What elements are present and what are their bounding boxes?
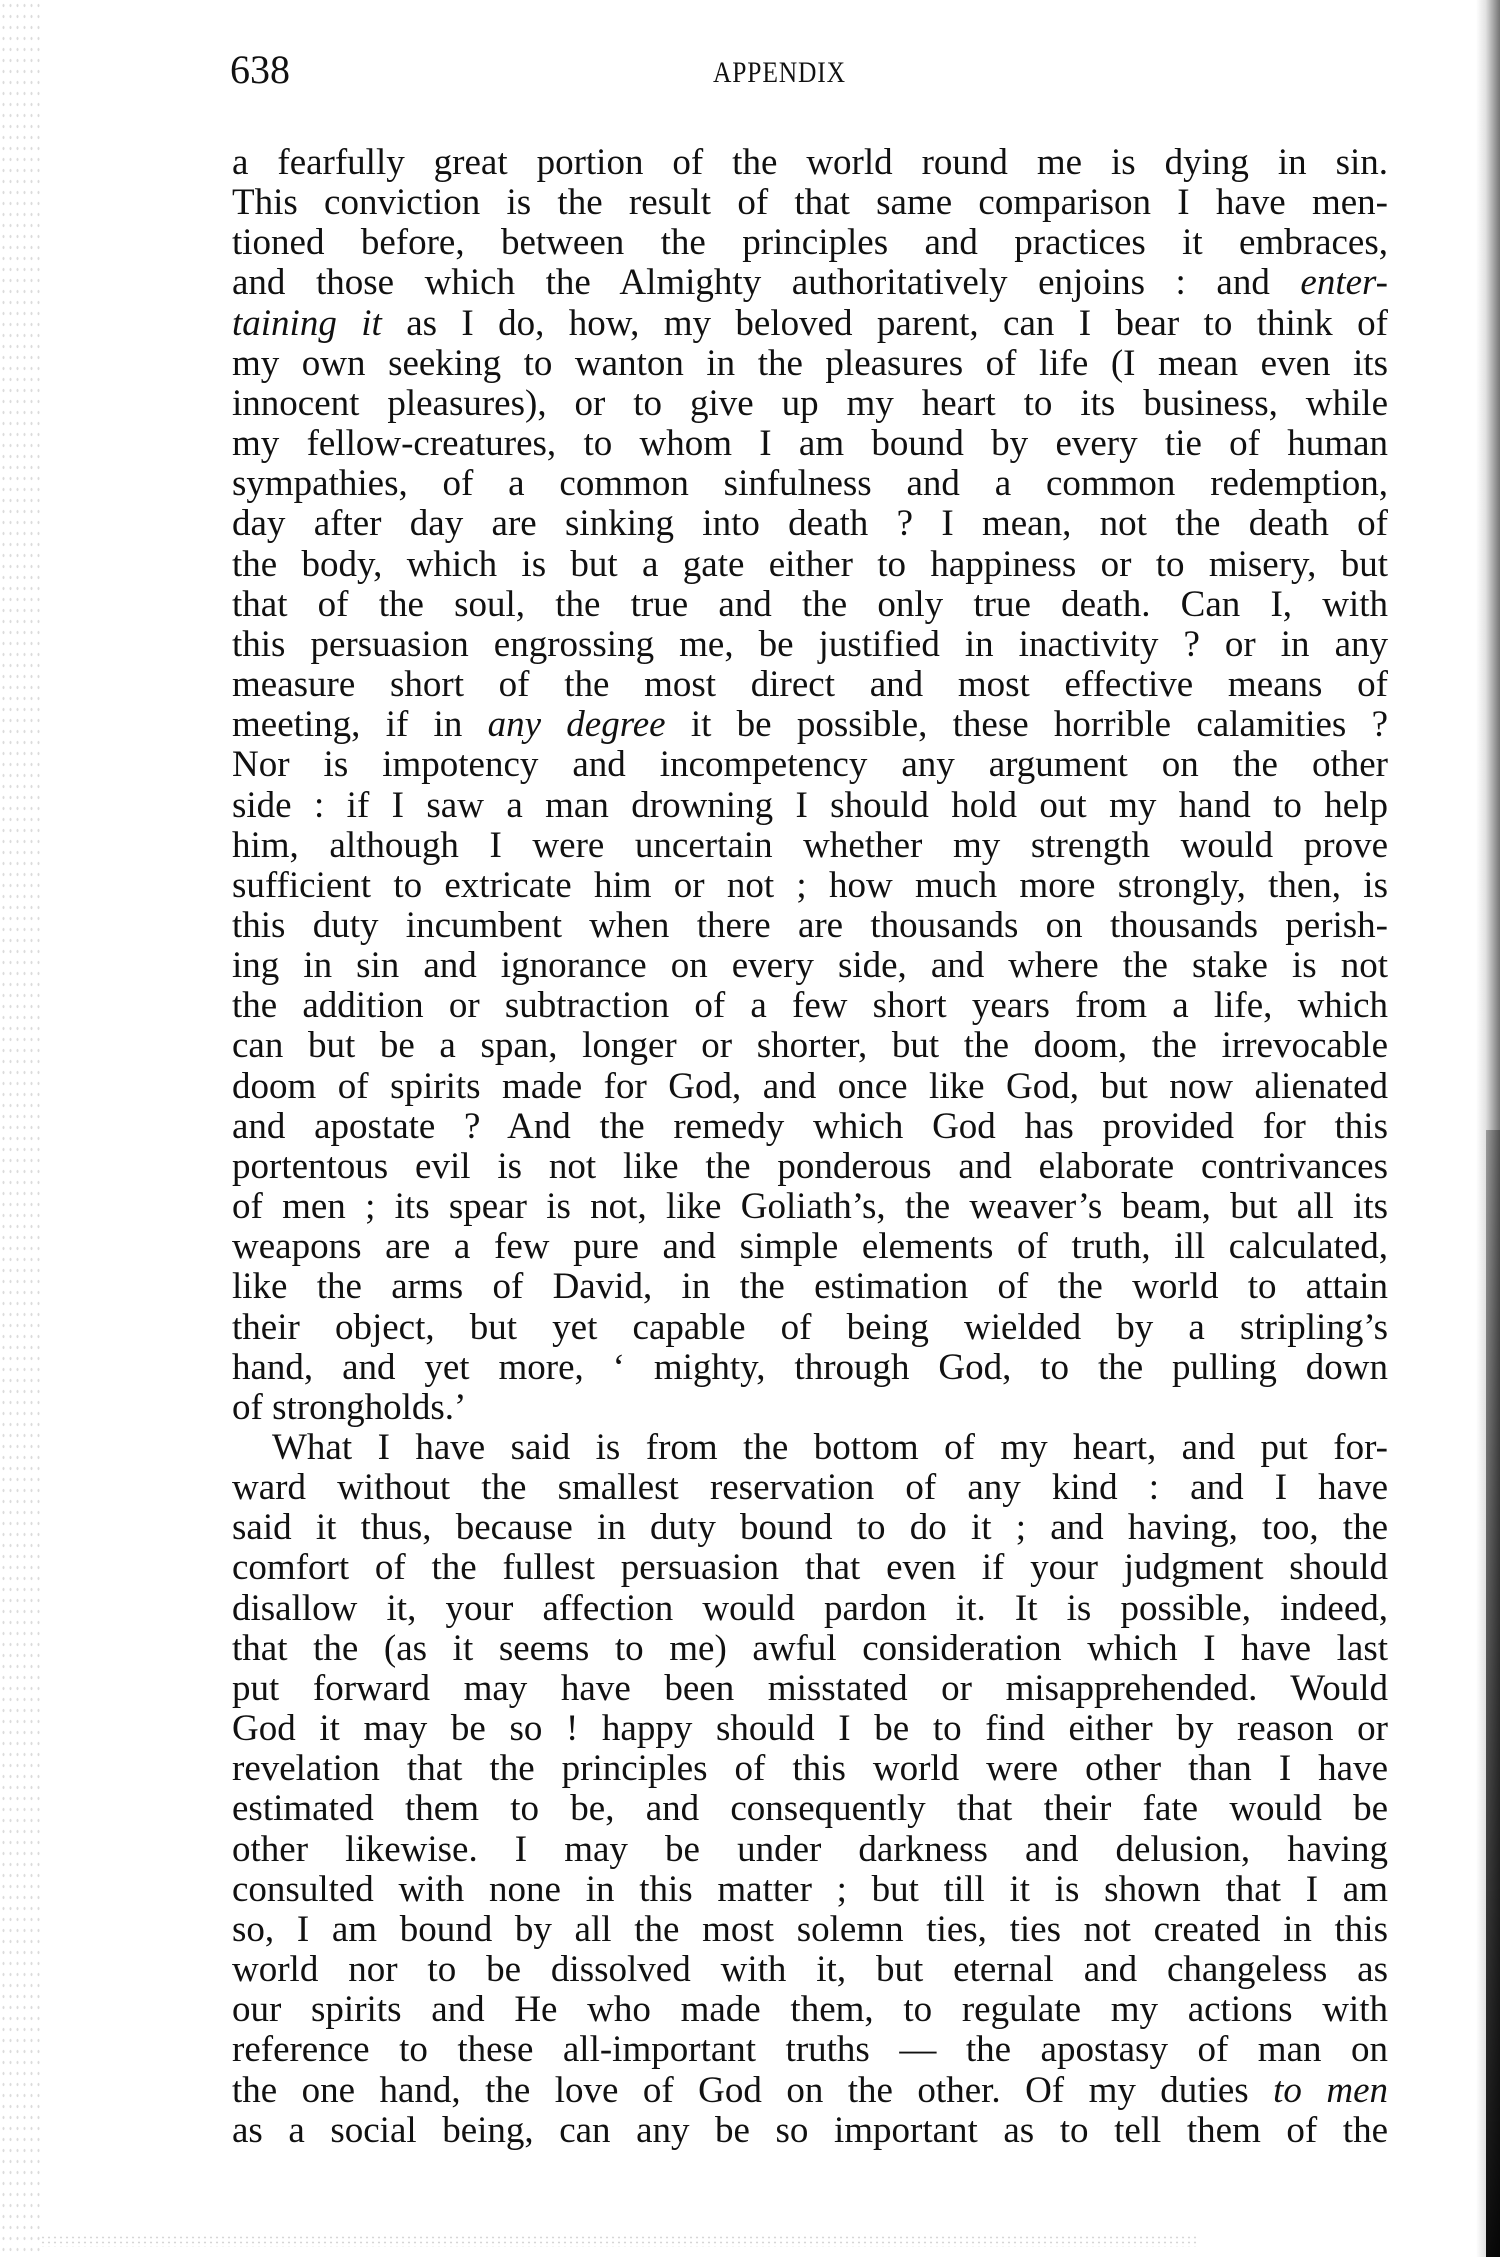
text-line: ing in sin and ignorance on every side, … [232, 946, 1388, 986]
text-line-content: my fellow-creatures, to whom I am bound … [232, 424, 1388, 464]
text-line-content: and apostate ? And the remedy which God … [232, 1107, 1388, 1147]
text-run: this duty incumbent when there are thous… [232, 905, 1388, 946]
text-run: sympathies, of a common sinfulness and a… [232, 463, 1388, 504]
text-line-content: that the (as it seems to me) awful consi… [232, 1629, 1388, 1669]
text-run: of strongholds.’ [232, 1387, 466, 1428]
scan-dark-border-right [1486, 1130, 1500, 2257]
text-line-content: hand, and yet more, ‘ mighty, through Go… [232, 1348, 1388, 1388]
text-run: him, although I were uncertain whether m… [232, 825, 1388, 866]
page-number: 638 [230, 50, 290, 90]
text-line-content: consulted with none in this matter ; but… [232, 1870, 1388, 1910]
text-line: consulted with none in this matter ; but… [232, 1870, 1388, 1910]
text-line: innocent pleasures), or to give up my he… [232, 384, 1388, 424]
text-line-content: other likewise. I may be under darkness … [232, 1830, 1388, 1870]
text-run: as a social being, can any be so importa… [232, 2110, 1388, 2151]
text-line-content: comfort of the fullest persuasion that e… [232, 1548, 1388, 1588]
text-line: side : if I saw a man drowning I should … [232, 786, 1388, 826]
text-line: my fellow-creatures, to whom I am bound … [232, 424, 1388, 464]
text-line: the addition or subtraction of a few sho… [232, 986, 1388, 1026]
text-line-content: of strongholds.’ [232, 1388, 1388, 1428]
text-line: doom of spirits made for God, and once l… [232, 1067, 1388, 1107]
text-line-content: meeting, if in any degree it be possible… [232, 705, 1388, 745]
text-line: disallow it, your affection would pardon… [232, 1589, 1388, 1629]
text-line: What I have said is from the bottom of m… [232, 1428, 1388, 1468]
text-line: other likewise. I may be under darkness … [232, 1830, 1388, 1870]
text-line: as a social being, can any be so importa… [232, 2111, 1388, 2151]
text-run: the one hand, the love of God on the oth… [232, 2070, 1273, 2111]
text-run: our spirits and He who made them, to reg… [232, 1989, 1388, 2030]
text-line: that the (as it seems to me) awful consi… [232, 1629, 1388, 1669]
text-line: that of the soul, the true and the only … [232, 585, 1388, 625]
text-line: sympathies, of a common sinfulness and a… [232, 464, 1388, 504]
text-line: weapons are a few pure and simple elemen… [232, 1227, 1388, 1267]
section-title: APPENDIX [713, 58, 846, 88]
text-line: my own seeking to wanton in the pleasure… [232, 344, 1388, 384]
text-run: said it thus, because in duty bound to d… [232, 1507, 1388, 1548]
text-run: like the arms of David, in the estimatio… [232, 1266, 1388, 1307]
text-line-content: taining it as I do, how, my beloved pare… [232, 304, 1388, 344]
text-line: measure short of the most direct and mos… [232, 665, 1388, 705]
text-line: so, I am bound by all the most solemn ti… [232, 1910, 1388, 1950]
text-line-content: this persuasion engrossing me, be justif… [232, 625, 1388, 665]
text-line-content: This conviction is the result of that sa… [232, 183, 1388, 223]
text-run: Nor is impotency and incompetency any ar… [232, 744, 1388, 785]
text-line-content: and those which the Almighty authoritati… [232, 263, 1388, 303]
text-line: this duty incumbent when there are thous… [232, 906, 1388, 946]
text-run: that of the soul, the true and the only … [232, 584, 1388, 625]
text-run: estimated them to be, and consequently t… [232, 1788, 1388, 1829]
scan-noise-bottom [40, 2235, 1200, 2247]
italic-emphasis: enter- [1300, 262, 1388, 303]
text-run: sufficient to extricate him or not ; how… [232, 865, 1388, 906]
text-line-content: my own seeking to wanton in the pleasure… [232, 344, 1388, 384]
text-line-content: so, I am bound by all the most solemn ti… [232, 1910, 1388, 1950]
text-run: God it may be so ! happy should I be to … [232, 1708, 1388, 1749]
text-run: revelation that the principles of this w… [232, 1748, 1388, 1789]
text-run: the body, which is but a gate either to … [232, 544, 1388, 585]
text-line: This conviction is the result of that sa… [232, 183, 1388, 223]
text-line: the body, which is but a gate either to … [232, 545, 1388, 585]
text-run: ward without the smallest reservation of… [232, 1467, 1388, 1508]
text-run: reference to these all-important truths … [232, 2029, 1388, 2070]
text-line-content: estimated them to be, and consequently t… [232, 1789, 1388, 1829]
text-line: ward without the smallest reservation of… [232, 1468, 1388, 1508]
text-run: disallow it, your affection would pardon… [232, 1588, 1388, 1629]
text-line-content: tioned before, between the principles an… [232, 223, 1388, 263]
text-line-content: doom of spirits made for God, and once l… [232, 1067, 1388, 1107]
text-run: of men ; its spear is not, like Goliath’… [232, 1186, 1388, 1227]
text-line: hand, and yet more, ‘ mighty, through Go… [232, 1348, 1388, 1388]
text-line: and those which the Almighty authoritati… [232, 263, 1388, 303]
text-line: revelation that the principles of this w… [232, 1749, 1388, 1789]
text-line: him, although I were uncertain whether m… [232, 826, 1388, 866]
text-line: said it thus, because in duty bound to d… [232, 1508, 1388, 1548]
text-line: this persuasion engrossing me, be justif… [232, 625, 1388, 665]
text-run: day after day are sinking into death ? I… [232, 503, 1388, 544]
text-run: my own seeking to wanton in the pleasure… [232, 343, 1388, 384]
text-line: the one hand, the love of God on the oth… [232, 2071, 1388, 2111]
text-run: can but be a span, longer or shorter, bu… [232, 1025, 1388, 1066]
text-line-content: sufficient to extricate him or not ; how… [232, 866, 1388, 906]
running-head: 638 APPENDIX [230, 50, 1390, 90]
text-run: world nor to be dissolved with it, but e… [232, 1949, 1388, 1990]
text-line: reference to these all-important truths … [232, 2030, 1388, 2070]
text-line-content: this duty incumbent when there are thous… [232, 906, 1388, 946]
text-run: ing in sin and ignorance on every side, … [232, 945, 1388, 986]
text-run: the addition or subtraction of a few sho… [232, 985, 1388, 1026]
text-line-content: reference to these all-important truths … [232, 2030, 1388, 2070]
text-line-content: portentous evil is not like the ponderou… [232, 1147, 1388, 1187]
text-run: portentous evil is not like the ponderou… [232, 1146, 1388, 1187]
scan-noise-left-margin [0, 0, 40, 2257]
text-run: innocent pleasures), or to give up my he… [232, 383, 1388, 424]
text-line: their object, but yet capable of being w… [232, 1308, 1388, 1348]
text-line-content: him, although I were uncertain whether m… [232, 826, 1388, 866]
text-line-content: innocent pleasures), or to give up my he… [232, 384, 1388, 424]
italic-emphasis: to men [1273, 2070, 1388, 2111]
text-line-content: sympathies, of a common sinfulness and a… [232, 464, 1388, 504]
text-line: sufficient to extricate him or not ; how… [232, 866, 1388, 906]
text-line: can but be a span, longer or shorter, bu… [232, 1026, 1388, 1066]
text-line-content: can but be a span, longer or shorter, bu… [232, 1026, 1388, 1066]
text-run: and those which the Almighty authoritati… [232, 262, 1300, 303]
text-line-content: God it may be so ! happy should I be to … [232, 1709, 1388, 1749]
text-line: comfort of the fullest persuasion that e… [232, 1548, 1388, 1588]
text-line-content: ward without the smallest reservation of… [232, 1468, 1388, 1508]
text-line-content: as a social being, can any be so importa… [232, 2111, 1388, 2151]
text-run: a fearfully great portion of the world r… [232, 142, 1388, 183]
text-line: meeting, if in any degree it be possible… [232, 705, 1388, 745]
text-run: and apostate ? And the remedy which God … [232, 1106, 1388, 1147]
text-line-content: the body, which is but a gate either to … [232, 545, 1388, 585]
text-run: measure short of the most direct and mos… [232, 664, 1388, 705]
text-run: put forward may have been misstated or m… [232, 1668, 1388, 1709]
text-line-content: day after day are sinking into death ? I… [232, 504, 1388, 544]
text-run: side : if I saw a man drowning I should … [232, 785, 1388, 826]
text-run: consulted with none in this matter ; but… [232, 1869, 1388, 1910]
text-line: of men ; its spear is not, like Goliath’… [232, 1187, 1388, 1227]
text-line: of strongholds.’ [232, 1388, 1388, 1428]
text-run: hand, and yet more, ‘ mighty, through Go… [232, 1347, 1388, 1388]
text-line-content: world nor to be dissolved with it, but e… [232, 1950, 1388, 1990]
text-line-content: our spirits and He who made them, to reg… [232, 1990, 1388, 2030]
text-run: meeting, if in [232, 704, 488, 745]
text-line-content: a fearfully great portion of the world r… [232, 143, 1388, 183]
text-line-content: like the arms of David, in the estimatio… [232, 1267, 1388, 1307]
text-line: our spirits and He who made them, to reg… [232, 1990, 1388, 2030]
text-line-content: Nor is impotency and incompetency any ar… [232, 745, 1388, 785]
text-line-content: weapons are a few pure and simple elemen… [232, 1227, 1388, 1267]
text-run: weapons are a few pure and simple elemen… [232, 1226, 1388, 1267]
body-text: a fearfully great portion of the world r… [232, 143, 1388, 2151]
text-line: God it may be so ! happy should I be to … [232, 1709, 1388, 1749]
text-run: What I have said is from the bottom of m… [272, 1427, 1388, 1468]
text-run: so, I am bound by all the most solemn ti… [232, 1909, 1388, 1950]
text-line: estimated them to be, and consequently t… [232, 1789, 1388, 1829]
text-run: this persuasion engrossing me, be justif… [232, 624, 1388, 665]
text-line-content: ing in sin and ignorance on every side, … [232, 946, 1388, 986]
text-run: their object, but yet capable of being w… [232, 1307, 1388, 1348]
text-run: This conviction is the result of that sa… [232, 182, 1388, 223]
text-line: portentous evil is not like the ponderou… [232, 1147, 1388, 1187]
text-line-content: said it thus, because in duty bound to d… [232, 1508, 1388, 1548]
text-line: world nor to be dissolved with it, but e… [232, 1950, 1388, 1990]
text-run: doom of spirits made for God, and once l… [232, 1066, 1388, 1107]
text-line-content: disallow it, your affection would pardon… [232, 1589, 1388, 1629]
text-line-content: their object, but yet capable of being w… [232, 1308, 1388, 1348]
text-line-content: side : if I saw a man drowning I should … [232, 786, 1388, 826]
text-line-content: that of the soul, the true and the only … [232, 585, 1388, 625]
text-line-content: of men ; its spear is not, like Goliath’… [232, 1187, 1388, 1227]
text-line-content: put forward may have been misstated or m… [232, 1669, 1388, 1709]
text-run: it be possible, these horrible calamitie… [666, 704, 1388, 745]
text-line: and apostate ? And the remedy which God … [232, 1107, 1388, 1147]
text-line-content: What I have said is from the bottom of m… [272, 1428, 1388, 1468]
text-line-content: the one hand, the love of God on the oth… [232, 2071, 1388, 2111]
text-line-content: the addition or subtraction of a few sho… [232, 986, 1388, 1026]
text-line: like the arms of David, in the estimatio… [232, 1267, 1388, 1307]
text-line-content: measure short of the most direct and mos… [232, 665, 1388, 705]
text-run: my fellow-creatures, to whom I am bound … [232, 423, 1388, 464]
text-run: tioned before, between the principles an… [232, 222, 1388, 263]
italic-emphasis: taining it [232, 303, 382, 344]
text-line: put forward may have been misstated or m… [232, 1669, 1388, 1709]
italic-emphasis: any degree [488, 704, 666, 745]
text-run: comfort of the fullest persuasion that e… [232, 1547, 1388, 1588]
scanned-book-page: 638 APPENDIX a fearfully great portion o… [0, 0, 1500, 2257]
text-line: tioned before, between the principles an… [232, 223, 1388, 263]
text-line: a fearfully great portion of the world r… [232, 143, 1388, 183]
text-run: other likewise. I may be under darkness … [232, 1829, 1388, 1870]
text-line-content: revelation that the principles of this w… [232, 1749, 1388, 1789]
text-line: Nor is impotency and incompetency any ar… [232, 745, 1388, 785]
text-run: that the (as it seems to me) awful consi… [232, 1628, 1388, 1669]
text-run: as I do, how, my beloved parent, can I b… [382, 303, 1388, 344]
text-line: taining it as I do, how, my beloved pare… [232, 304, 1388, 344]
text-line: day after day are sinking into death ? I… [232, 504, 1388, 544]
